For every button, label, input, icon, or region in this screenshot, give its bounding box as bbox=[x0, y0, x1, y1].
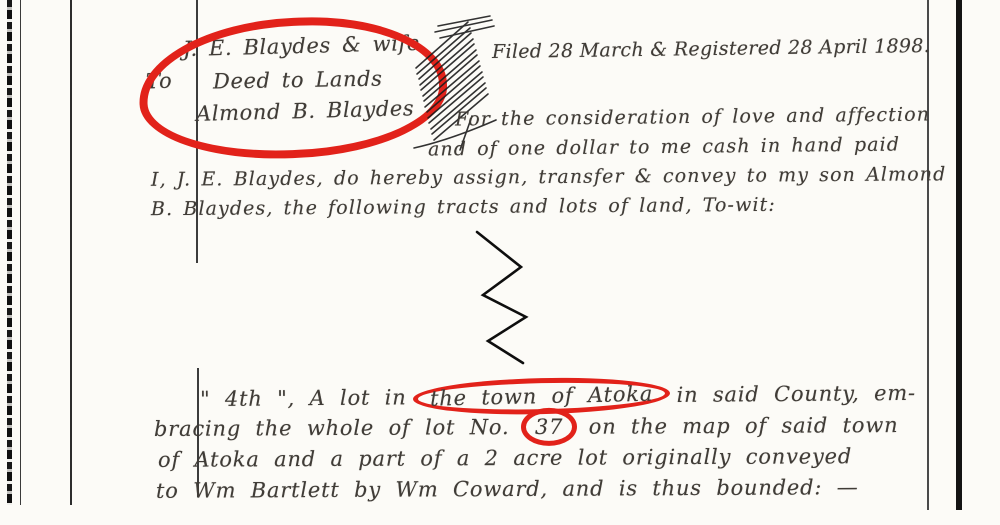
deed-text-line-4: B. Blaydes, the following tracts and lot… bbox=[151, 194, 776, 220]
left-edge-speckle-line bbox=[7, 0, 12, 505]
left-margin-rule-line bbox=[70, 0, 72, 505]
parcel-line-2-circled-text: 37 bbox=[535, 415, 563, 439]
parcel-line-1-suffix: in said County, em- bbox=[662, 381, 916, 407]
right-margin-rule-line bbox=[927, 0, 929, 510]
parcel-line-2-prefix: bracing the whole of lot No. bbox=[154, 415, 524, 441]
red-circle-annotation-lot-number: 37 bbox=[521, 408, 578, 446]
pen-scribble-mark bbox=[410, 8, 510, 158]
parcel-line-1-circled-text: the town of Atoka bbox=[430, 382, 654, 411]
deed-text-line-2: and of one dollar to me cash in hand pai… bbox=[428, 134, 900, 161]
parcel-line-4: to Wm Bartlett by Wm Coward, and is thus… bbox=[156, 475, 859, 503]
deed-text-line-1: For the consideration of love and affect… bbox=[455, 104, 930, 131]
right-edge-binding-line bbox=[956, 0, 962, 510]
left-inner-rule-line bbox=[20, 0, 21, 505]
parcel-line-2-suffix: on the map of said town bbox=[574, 413, 898, 439]
filed-registered-line: Filed 28 March & Registered 28 April 189… bbox=[492, 35, 930, 63]
parcel-line-1-prefix: " 4th ", A lot in bbox=[200, 385, 421, 411]
deed-text-line-3: I, J. E. Blaydes, do hereby assign, tran… bbox=[151, 163, 946, 191]
red-ellipse-annotation-parties bbox=[136, 11, 450, 164]
parcel-line-3: of Atoka and a part of a 2 acre lot orig… bbox=[158, 444, 852, 472]
omission-zigzag-mark bbox=[465, 226, 545, 376]
parcel-line-2: bracing the whole of lot No. 37 on the m… bbox=[154, 412, 899, 442]
scanned-deed-page: J. E. Blaydes & wife To Deed to Lands Al… bbox=[0, 0, 1000, 525]
